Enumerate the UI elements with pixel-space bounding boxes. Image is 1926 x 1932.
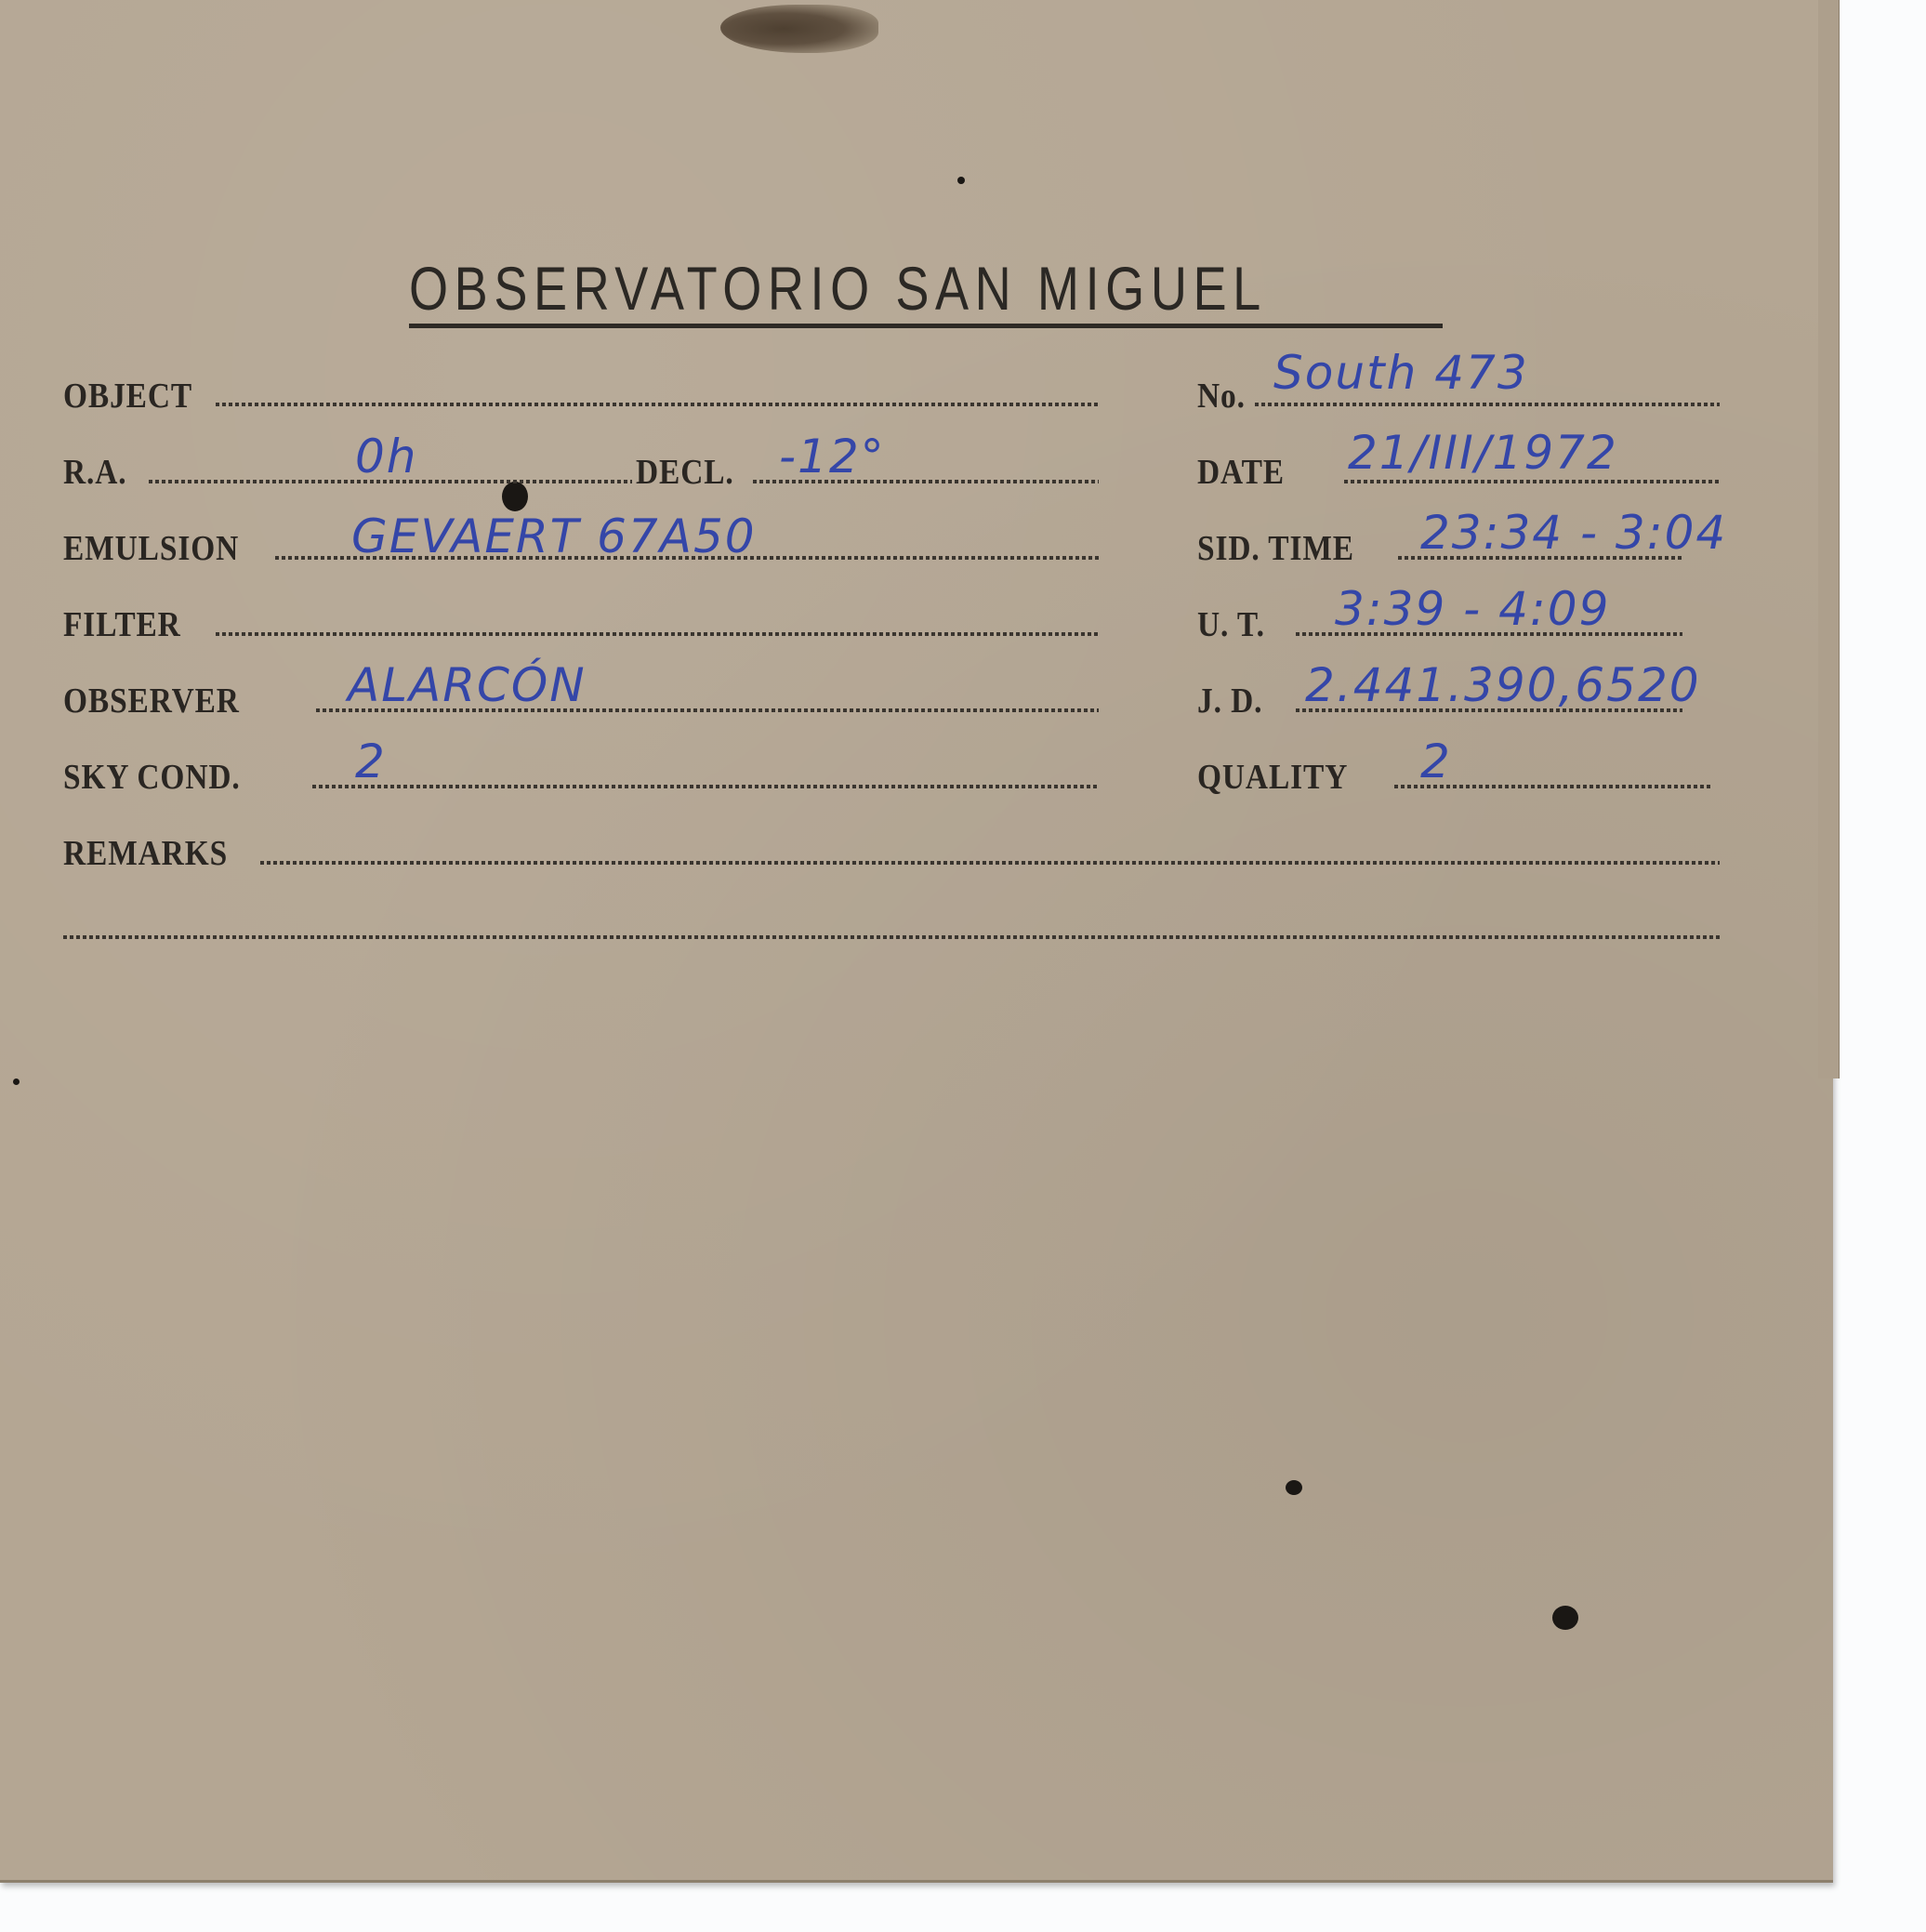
remarks-line-1 bbox=[260, 861, 1720, 865]
number-label: No. bbox=[1197, 376, 1246, 417]
date-value: 21/III/1972 bbox=[1348, 426, 1618, 480]
ink-spot bbox=[1552, 1606, 1578, 1630]
ink-spot bbox=[502, 482, 528, 511]
envelope-flap-edge bbox=[1818, 0, 1840, 1078]
remarks-line-2 bbox=[63, 935, 1720, 939]
ink-stain bbox=[720, 5, 878, 53]
sid-time-value: 23:34 - 3:04 bbox=[1420, 506, 1727, 560]
ink-spot bbox=[957, 177, 965, 184]
filter-line bbox=[216, 632, 1099, 636]
date-line bbox=[1344, 480, 1720, 483]
remarks-label: REMARKS bbox=[63, 833, 228, 874]
card-title: OBSERVATORIO SAN MIGUEL bbox=[409, 253, 1267, 324]
quality-label: QUALITY bbox=[1197, 757, 1348, 798]
date-label: DATE bbox=[1197, 452, 1285, 493]
quality-value: 2 bbox=[1420, 734, 1452, 788]
filter-label: FILTER bbox=[63, 604, 181, 645]
title-underline bbox=[409, 324, 1443, 328]
ink-spot bbox=[1286, 1480, 1302, 1495]
jd-label: J. D. bbox=[1197, 681, 1262, 721]
emulsion-value: GEVAERT 67A50 bbox=[351, 509, 757, 563]
decl-label: DECL. bbox=[636, 452, 734, 493]
ut-label: U. T. bbox=[1197, 604, 1265, 645]
plate-envelope-card: OBSERVATORIO SAN MIGUEL OBJECT R.A. 0h D… bbox=[0, 0, 1833, 1883]
sid-time-label: SID. TIME bbox=[1197, 528, 1354, 569]
object-label: OBJECT bbox=[63, 376, 192, 417]
sky-cond-value: 2 bbox=[355, 734, 387, 788]
ra-label: R.A. bbox=[63, 452, 127, 493]
ut-value: 3:39 - 4:09 bbox=[1335, 582, 1610, 636]
number-line bbox=[1255, 403, 1720, 406]
sky-cond-label: SKY COND. bbox=[63, 757, 241, 798]
number-value: South 473 bbox=[1273, 346, 1529, 400]
object-line bbox=[216, 403, 1099, 406]
jd-value: 2.441.390,6520 bbox=[1305, 658, 1701, 712]
observer-label: OBSERVER bbox=[63, 681, 240, 721]
ra-value: 0h bbox=[355, 430, 418, 483]
observer-value: ALARCÓN bbox=[348, 658, 587, 712]
sky-cond-line bbox=[312, 785, 1099, 788]
ink-spot bbox=[13, 1078, 20, 1085]
decl-value: -12° bbox=[779, 430, 886, 483]
emulsion-label: EMULSION bbox=[63, 528, 239, 569]
